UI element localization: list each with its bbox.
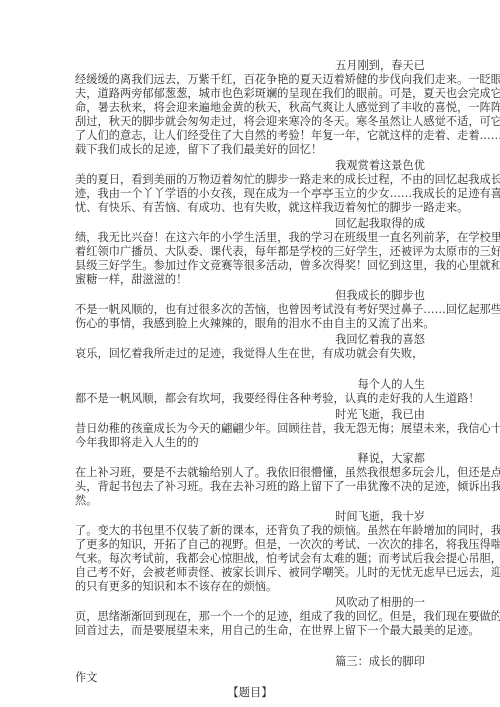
- paragraph-start-line: 每个人的人生: [358, 378, 425, 391]
- paragraph-start-line: 我回忆着我的喜怒: [335, 333, 425, 346]
- paragraph-line: 着红领巾广播员、大队委、课代表，每年都是学校的三好学生，还被评为太原市的三好学生…: [75, 245, 500, 258]
- paragraph-line: 夫，道路两旁郁郁葱葱，城市也色彩斑斓的呈现在我们的眼前。可是，夏天也会完成它的使: [75, 87, 500, 100]
- paragraph-line: 命，暑去秋来，将会迎来遍地金黄的秋天，秋高气爽让人感觉到了丰收的喜悦，一阵阵秋分: [75, 101, 500, 114]
- paragraph-line: 今年我即将走入人生的的: [75, 436, 199, 449]
- paragraph-line: 绩，我无比兴奋！在这六年的小学生活里，我的学习在班级里一直名列前茅，在学校里担任: [75, 231, 500, 244]
- paragraph-start-line: 风吹动了相册的一: [335, 596, 425, 609]
- section-heading: 【题目】: [0, 686, 500, 699]
- paragraph-start-line: 释说，大家都: [358, 452, 425, 465]
- paragraph-line: 刮过，秋天的脚步就会匆匆走过，将会迎来寒冷的冬天。寒冬虽然让人感觉不适，可它锻炼: [75, 115, 500, 128]
- paragraph-line: 了。变大的书包里不仅装了新的课本，还背负了我的烦恼。虽然在年龄增加的同时，我学到: [75, 524, 500, 537]
- paragraph-line: 载下我们成长的足迹，留下了我们最美好的回忆！: [75, 143, 322, 156]
- paragraph-start-line: 篇三：成长的脚印: [335, 655, 425, 668]
- paragraph-line: 伤心的事情，我感到脸上火辣辣的，眼角的泪水不由自主的又流了出来。: [75, 317, 435, 330]
- paragraph-line: 县级三好学生。参加过作文竞赛等很多活动，曾多次得奖！回忆到这里，我的心里就和吃了: [75, 259, 500, 272]
- paragraph-start-line: 时间飞逝，我十岁: [335, 510, 425, 523]
- paragraph-line: 然。: [75, 494, 97, 507]
- paragraph-line: 了更多的知识，开拓了自己的视野。但是，一次次的考试、一次次的排名，将我压得喘不过: [75, 538, 500, 551]
- paragraph-start-line: 回忆起我取得的成: [335, 217, 425, 230]
- paragraph-line: 自己考不好，会被老师责怪、被家长训斥、被同学嘲笑。儿时的无忧无虑早已远去，迎接我: [75, 566, 500, 579]
- paragraph-line: 页，思绪渐渐回到现在，那一个一个的足迹，组成了我的回忆。但是，我们现在要做的不是: [75, 610, 500, 623]
- paragraph-start-line: 我观赏着这景色优: [335, 159, 425, 172]
- paragraph-start-line: 但我成长的脚步也: [335, 289, 425, 302]
- paragraph-line: 忧、有快乐、有苦恼、有成功、也有失败，就这样我迈着匆忙的脚步一路走来。: [75, 201, 468, 214]
- paragraph-line: 迹，我由一个丫丫学语的小女孩，现在成为一个亭亭玉立的少女……我成长的足迹有喜、有: [75, 187, 500, 200]
- paragraph-line: 经缓缓的离我们远去，万紫千红，百花争艳的夏天迈着矫健的步伐向我们走来。一眨眼的工: [75, 73, 500, 86]
- paragraph-line: 了人们的意志，让人们经受住了大自然的考验！年复一年，它就这样的走着、走着……它记: [75, 129, 500, 142]
- paragraph-line: 都不是一帆风顺，都会有坎坷，我要经得住各种考验，认真的走好我的人生道路！: [75, 392, 480, 405]
- paragraph-line: 哀乐，回忆着我所走过的足迹，我觉得人生在世，有成功就会有失败，: [75, 347, 423, 360]
- paragraph-start-line: 五月刚到，春天已: [335, 59, 425, 72]
- paragraph-line: 不是一帆风顺的，也有过很多次的苦恼，也曾因考试没有考好哭过鼻子……回忆起那些令我: [75, 303, 500, 316]
- paragraph-line: 美的夏日，看到美丽的万物迈着匆忙的脚步一路走来的成长过程，不由的回忆起我成长的足: [75, 173, 500, 186]
- paragraph-line: 的只有更多的知识和本不该存在的烦恼。: [75, 580, 277, 593]
- paragraph-line: 昔日幼稚的孩童成长为今天的翩翩少年。回顾往昔，我无怨无悔；展望未来，我信心十足。: [75, 422, 500, 435]
- paragraph-line: 气来。每次考试前，我都会心惊胆战，怕考试会有太难的题；而考试后我会提心吊胆，生怕: [75, 552, 500, 565]
- paragraph-line: 在上补习班，要是不去就输给别人了。我依旧很懵懂，虽然我很想多玩会儿，但还是点了点: [75, 466, 500, 479]
- paragraph-line: 头，背起书包去了补习班。我在去补习班的路上留下了一串犹豫不决的足迹，倾诉出我的茫: [75, 480, 500, 493]
- paragraph-start-line: 时光飞逝，我已由: [335, 408, 425, 421]
- paragraph-line: 蜜糖一样，甜滋滋的！: [75, 273, 187, 286]
- paragraph-line: 回首过去，而是要展望未来，用自己的生命，在世界上留下一个最大最美的足迹。: [75, 624, 480, 637]
- paragraph-line: 作文: [75, 671, 97, 684]
